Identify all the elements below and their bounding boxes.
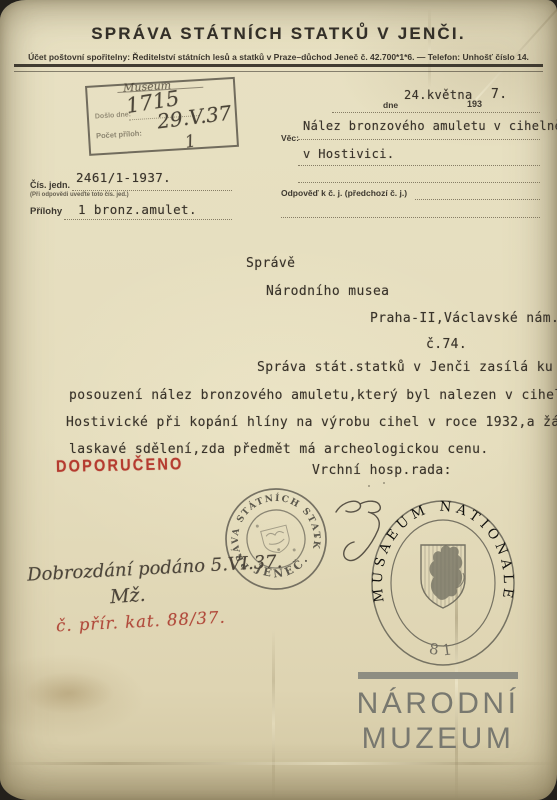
reply-to-underline-2 (281, 216, 540, 218)
date-day-month-typed: 24.května (404, 88, 473, 102)
initials-handwritten: Mž. (109, 584, 146, 608)
letterhead-subtitle: Účet poštovní spořitelny: Ředitelství st… (0, 52, 557, 62)
scanned-letter: SPRÁVA STÁTNÍCH STATKŮ V JENČI. Účet poš… (0, 0, 557, 800)
fold-crease-right-upper (428, 8, 431, 88)
letterhead-title: SPRÁVA STÁTNÍCH STATKŮ V JENČI. (0, 24, 557, 44)
subject-underline-2 (298, 164, 540, 166)
logo-bar (358, 672, 518, 679)
body-line-3: Hostivické při kopání hlíny na výrobu ci… (66, 415, 557, 430)
subject-label: Věc: (281, 133, 299, 143)
letterhead-divider (14, 64, 543, 72)
subject-line-1: Nález bronzového amuletu v cihelně (303, 119, 557, 133)
date-underline (332, 111, 540, 113)
museum-seal-lion (430, 545, 463, 599)
registered-stamp: DOPORUČENO (56, 455, 184, 476)
reply-to-label: Odpověď k č. j. (předchozí č. j.) (281, 188, 407, 198)
logo-line-2: MUZEUM (352, 721, 524, 756)
body-line-1: Správa stát.statků v Jenči zasílá ku (257, 360, 553, 375)
fold-crease-top-right (475, 0, 557, 100)
museum-seal-shield (421, 543, 465, 611)
body-line-4: laskavé sdělení,zda předmět má archeolog… (69, 442, 489, 457)
closing-title: Vrchní hosp.rada: (312, 463, 452, 478)
subject-line-2: v Hostivici. (303, 147, 395, 161)
narodni-muzeum-logo: NÁRODNÍ MUZEUM (352, 672, 524, 756)
addressee-line-3: Praha-II,Václavské nám. (370, 311, 557, 326)
subject-underline-1 (298, 138, 540, 140)
national-museum-seal: MUSAEUM NATIONALE 1818 (367, 497, 519, 669)
date-year-typed: 7. (491, 87, 507, 102)
catalog-note-handwritten-red: č. přír. kat. 88/37. (56, 608, 227, 636)
paper-stain (24, 672, 114, 714)
date-label: dne (383, 100, 398, 110)
attachments-typed: 1 bronz.amulet. (78, 202, 197, 217)
addressee-line-4: č.74. (426, 337, 467, 352)
file-number-typed: 2461/1-1937. (76, 170, 171, 185)
paper-sheet: SPRÁVA STÁTNÍCH STATKŮ V JENČI. Účet poš… (0, 0, 557, 800)
receipt-attachments-label: Počet příloh: (96, 129, 142, 141)
fold-crease-bottom-mid (272, 630, 275, 800)
logo-line-1: NÁRODNÍ (352, 686, 524, 721)
file-number-note: (Při odpovědi uveďte toto čís. jed.) (30, 192, 129, 198)
file-number-label: Čís. jedn. (30, 180, 70, 190)
subject-underline-3 (298, 181, 540, 183)
addressee-line-1: Správě (246, 256, 295, 271)
reply-to-underline-1 (415, 198, 540, 200)
receipt-received-label: Došlo dne: (95, 111, 132, 120)
attachments-underline (64, 218, 232, 220)
fold-crease-bottom (0, 762, 557, 765)
file-number-underline (72, 189, 232, 191)
attachments-label: Přílohy (30, 206, 62, 217)
addressee-line-2: Národního musea (266, 284, 389, 299)
date-year-printed: 193 (467, 99, 482, 109)
body-line-2: posouzení nález bronzového amuletu,který… (69, 388, 557, 403)
